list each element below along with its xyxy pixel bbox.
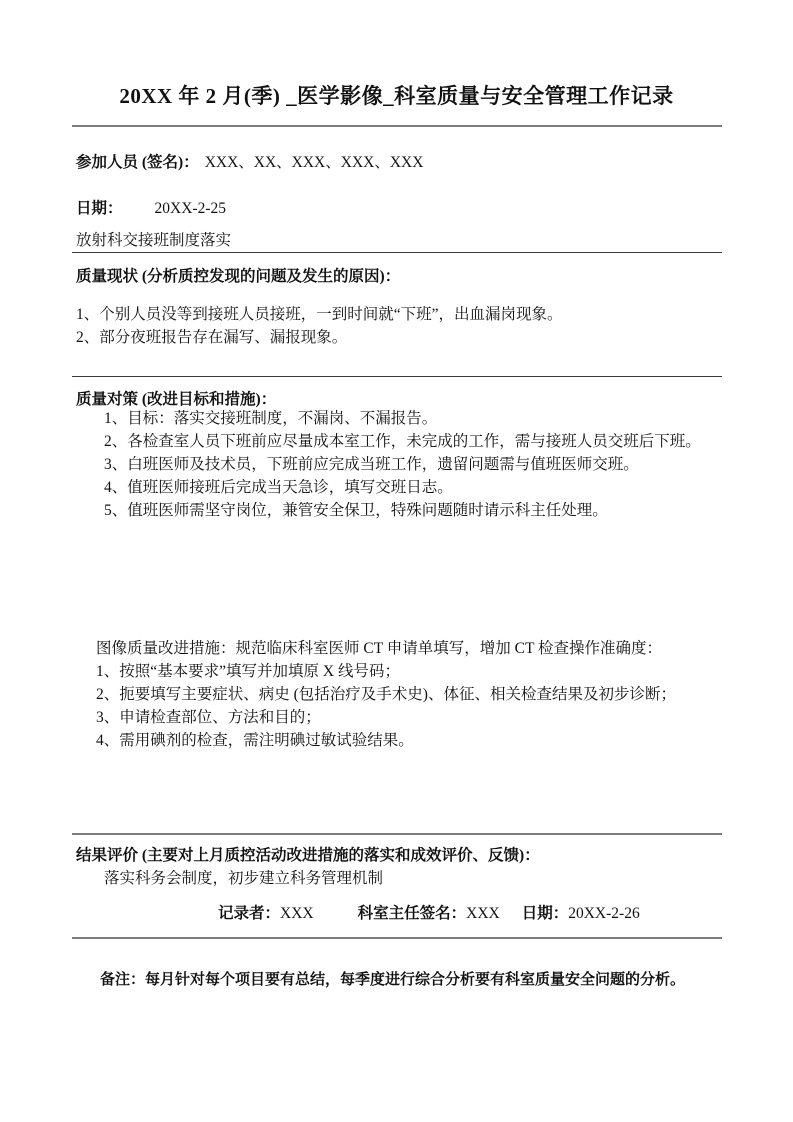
countermeasures-list: 1、目标：落实交接班制度，不漏岗、不漏报告。 2、各检查室人员下班前应尽量成本室… — [104, 407, 701, 522]
image-quality-item: 3、申请检查部位、方法和目的； — [96, 706, 676, 729]
recorder-label: 记录者： — [218, 905, 280, 922]
director-value: XXX — [466, 905, 500, 922]
participants-value: XXX、XX、XXX、XXX、XXX — [205, 154, 424, 171]
divider-countermeasures — [72, 376, 722, 377]
status-heading: 质量现状 (分析质控发现的问题及发生的原因)： — [76, 264, 400, 286]
status-item: 1、个别人员没等到接班人员接班，一到时间就“下班”，出血漏岗现象。 — [76, 303, 563, 326]
page-title: 20XX 年 2 月(季) _医学影像_科室质量与安全管理工作记录 — [0, 80, 793, 110]
image-quality-item: 4、需用碘剂的检查，需注明碘过敏试验结果。 — [96, 729, 676, 752]
signature-date-label: 日期： — [522, 905, 569, 922]
image-quality-item: 2、扼要填写主要症状、病史 (包括治疗及手术史)、体征、相关检查结果及初步诊断； — [96, 683, 676, 706]
countermeasures-heading: 质量对策 (改进目标和措施)： — [76, 387, 276, 409]
image-quality-item: 1、按照“基本要求”填写并加填原 X 线号码； — [96, 660, 676, 683]
image-quality-block: 图像质量改进措施：规范临床科室医师 CT 申请单填写，增加 CT 检查操作准确度… — [96, 637, 676, 752]
divider-status — [72, 252, 722, 253]
date-value: 20XX-2-25 — [155, 200, 226, 217]
countermeasure-item: 1、目标：落实交接班制度，不漏岗、不漏报告。 — [104, 407, 701, 430]
recorder-value: XXX — [280, 905, 314, 922]
image-quality-heading: 图像质量改进措施：规范临床科室医师 CT 申请单填写，增加 CT 检查操作准确度… — [96, 637, 676, 660]
date-label: 日期： — [76, 200, 123, 217]
divider-bottom — [72, 937, 722, 939]
divider-evaluation — [72, 833, 722, 835]
divider-top — [72, 125, 722, 127]
evaluation-heading: 结果评价 (主要对上月质控活动改进措施的落实和成效评价、反馈)： — [76, 843, 540, 865]
participants-label: 参加人员 (签名)： — [76, 154, 199, 171]
countermeasure-item: 3、白班医师及技术员，下班前应完成当班工作，遗留问题需与值班医师交班。 — [104, 453, 701, 476]
evaluation-content: 落实科务会制度，初步建立科务管理机制 — [104, 866, 383, 888]
signature-line: 记录者：XXX科室主任签名：XXX日期：20XX-2-26 — [218, 901, 640, 923]
document-page: 20XX 年 2 月(季) _医学影像_科室质量与安全管理工作记录 参加人员 (… — [0, 0, 793, 1122]
countermeasure-item: 2、各检查室人员下班前应尽量成本室工作，未完成的工作，需与接班人员交班后下班。 — [104, 430, 701, 453]
director-label: 科室主任签名： — [358, 905, 467, 922]
signature-date-value: 20XX-2-26 — [568, 905, 639, 922]
note-line: 备注：每月针对每个项目要有总结，每季度进行综合分析要有科室质量安全问题的分析。 — [100, 968, 685, 989]
topic-line: 放射科交接班制度落实 — [76, 228, 231, 250]
participants-line: 参加人员 (签名)：XXX、XX、XXX、XXX、XXX — [76, 150, 423, 172]
status-list: 1、个别人员没等到接班人员接班，一到时间就“下班”，出血漏岗现象。 2、部分夜班… — [76, 303, 563, 349]
date-line: 日期：20XX-2-25 — [76, 196, 226, 218]
status-item: 2、部分夜班报告存在漏写、漏报现象。 — [76, 326, 563, 349]
countermeasure-item: 5、值班医师需坚守岗位，兼管安全保卫，特殊问题随时请示科主任处理。 — [104, 499, 701, 522]
countermeasure-item: 4、值班医师接班后完成当天急诊，填写交班日志。 — [104, 476, 701, 499]
